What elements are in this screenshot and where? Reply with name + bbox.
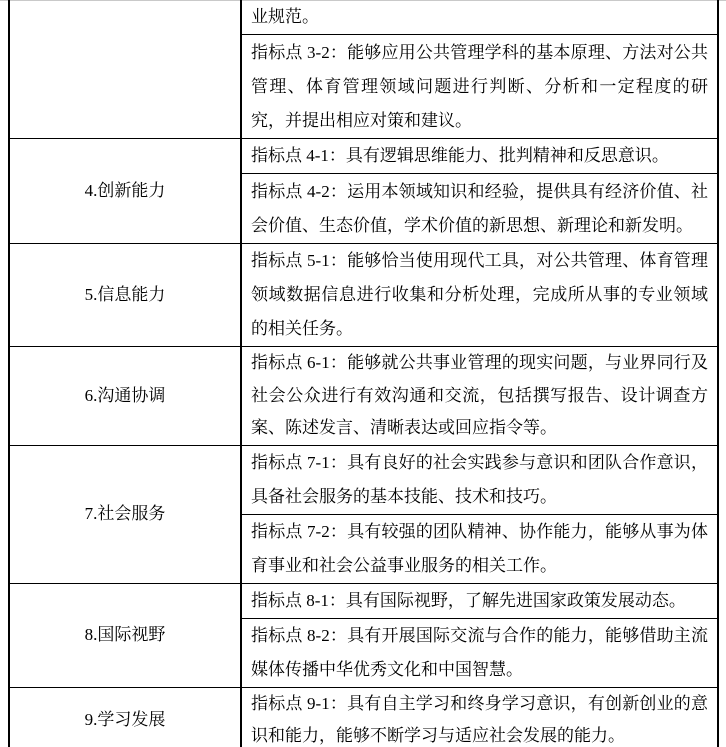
indicator-cell-4-1: 指标点 4-1：具有逻辑思维能力、批判精神和反思意识。 (241, 139, 718, 174)
table-row: 7.社会服务 指标点 7-1：具有良好的社会实践参与意识和团队合作意识，具备社会… (9, 445, 718, 514)
table-row: 6.沟通协调 指标点 6-1：能够就公共事业管理的现实问题，与业界同行及社会公众… (9, 347, 718, 446)
training-requirements-table: 业规范。 指标点 3-2：能够应用公共管理学科的基本原理、方法对公共管理、体育管… (8, 0, 719, 747)
category-cell-7: 7.社会服务 (9, 445, 241, 583)
category-cell-5: 5.信息能力 (9, 244, 241, 347)
table-row: 5.信息能力 指标点 5-1：能够恰当使用现代工具，对公共管理、体育管理领域数据… (9, 244, 718, 347)
table-row: 8.国际视野 指标点 8-1：具有国际视野，了解先进国家政策发展动态。 (9, 583, 718, 618)
indicator-cell-7-2: 指标点 7-2：具有较强的团队精神、协作能力，能够从事为体育事业和社会公益事业服… (241, 514, 718, 583)
category-cell-8: 8.国际视野 (9, 583, 241, 687)
indicator-cell-9-1: 指标点 9-1：具有自主学习和终身学习意识，有创新创业的意识和能力，能够不断学习… (241, 687, 718, 747)
indicator-cell-4-2: 指标点 4-2：运用本领域知识和经验，提供具有经济价值、社会价值、生态价值，学术… (241, 174, 718, 244)
indicator-cell-3-1-continued: 业规范。 (241, 0, 718, 35)
indicator-cell-5-1: 指标点 5-1：能够恰当使用现代工具，对公共管理、体育管理领域数据信息进行收集和… (241, 244, 718, 347)
category-cell-3 (9, 0, 241, 139)
category-cell-4: 4.创新能力 (9, 139, 241, 244)
indicator-cell-8-2: 指标点 8-2：具有开展国际交流与合作的能力，能够借助主流媒体传播中华优秀文化和… (241, 618, 718, 687)
table-row: 4.创新能力 指标点 4-1：具有逻辑思维能力、批判精神和反思意识。 (9, 139, 718, 174)
indicator-cell-7-1: 指标点 7-1：具有良好的社会实践参与意识和团队合作意识，具备社会服务的基本技能… (241, 445, 718, 514)
indicator-cell-3-2: 指标点 3-2：能够应用公共管理学科的基本原理、方法对公共管理、体育管理领域问题… (241, 35, 718, 139)
indicator-cell-6-1: 指标点 6-1：能够就公共事业管理的现实问题，与业界同行及社会公众进行有效沟通和… (241, 347, 718, 446)
table-row: 9.学习发展 指标点 9-1：具有自主学习和终身学习意识，有创新创业的意识和能力… (9, 687, 718, 747)
indicator-cell-8-1: 指标点 8-1：具有国际视野，了解先进国家政策发展动态。 (241, 583, 718, 618)
category-cell-6: 6.沟通协调 (9, 347, 241, 446)
category-cell-9: 9.学习发展 (9, 687, 241, 747)
table-row: 业规范。 (9, 0, 718, 35)
